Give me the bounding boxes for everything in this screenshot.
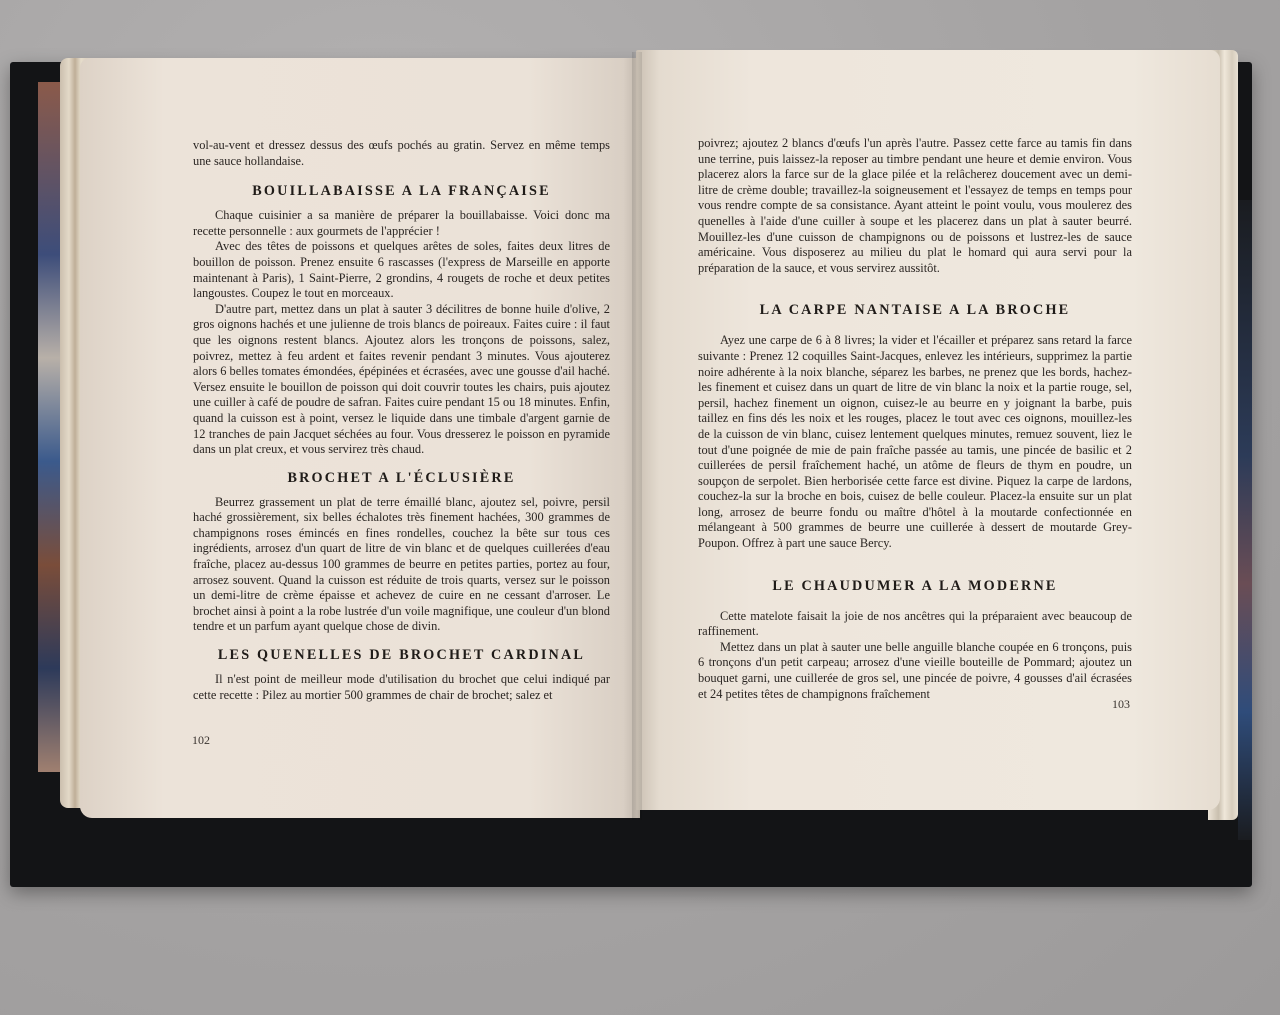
section-title: LES QUENELLES DE BROCHET CARDINAL: [193, 647, 610, 664]
section-title: BOUILLABAISSE A LA FRANÇAISE: [193, 183, 610, 200]
paragraph: Avec des têtes de poissons et quelques a…: [193, 239, 610, 301]
paragraph: Chaque cuisinier a sa manière de prépare…: [193, 208, 610, 239]
paragraph: Ayez une carpe de 6 à 8 livres; la vider…: [698, 333, 1132, 551]
paragraph: Il n'est point de meilleur mode d'utilis…: [193, 672, 610, 703]
paragraph: Cette matelote faisait la joie de nos an…: [698, 609, 1132, 640]
right-page-opening-text: poivrez; ajoutez 2 blancs d'œufs l'un ap…: [698, 136, 1132, 276]
page-number-left: 102: [192, 733, 210, 748]
section-title: BROCHET A L'ÉCLUSIÈRE: [193, 470, 610, 487]
right-page: poivrez; ajoutez 2 blancs d'œufs l'un ap…: [636, 50, 1220, 810]
left-page-opening-text: vol-au-vent et dressez dessus des œufs p…: [193, 138, 610, 169]
book-gutter: [632, 52, 642, 820]
section-title: LE CHAUDUMER A LA MODERNE: [698, 578, 1132, 595]
paragraph: Mettez dans un plat à sauter une belle a…: [698, 640, 1132, 702]
left-page: vol-au-vent et dressez dessus des œufs p…: [80, 58, 640, 818]
marbled-endpaper-right: [1238, 200, 1252, 840]
page-number-right: 103: [1112, 697, 1130, 712]
section-title: LA CARPE NANTAISE A LA BROCHE: [698, 302, 1132, 319]
paragraph: D'autre part, mettez dans un plat à saut…: [193, 302, 610, 458]
paragraph: Beurrez grassement un plat de terre émai…: [193, 495, 610, 635]
